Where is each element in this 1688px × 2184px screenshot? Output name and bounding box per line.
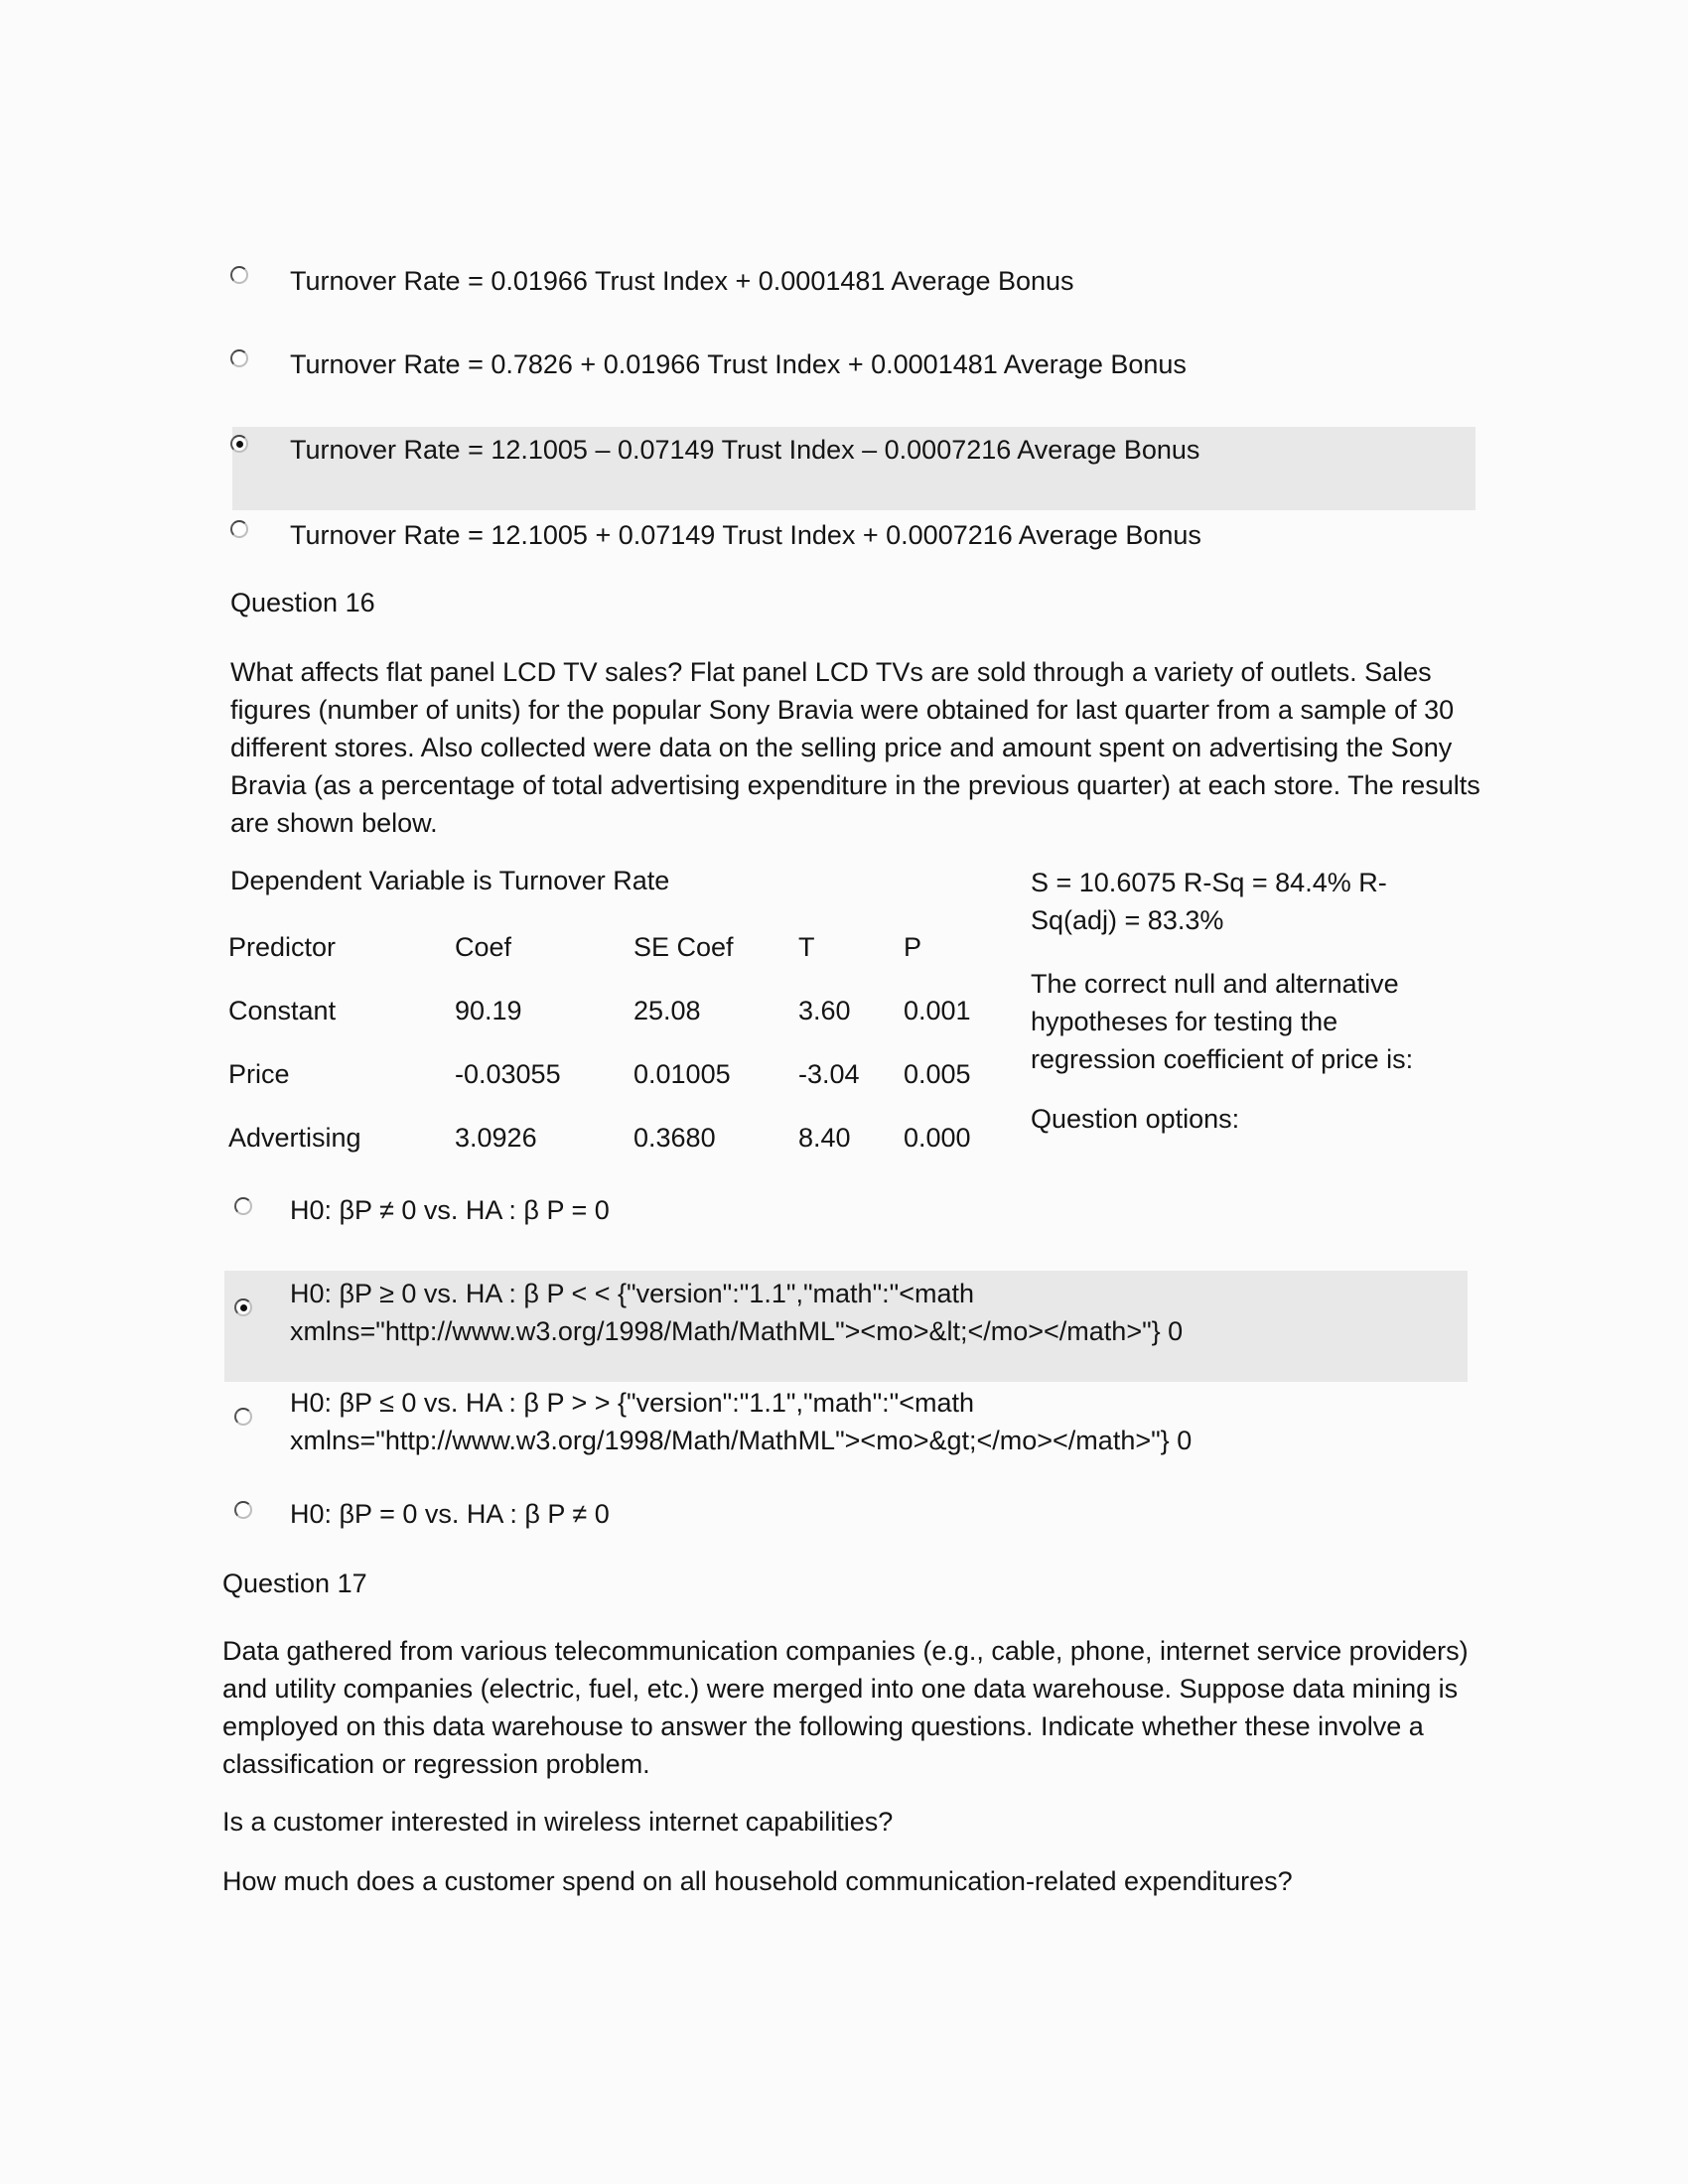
option-label: Turnover Rate = 0.01966 Trust Index + 0.… <box>290 262 1074 300</box>
q16-option-3[interactable]: H0: βP ≤ 0 vs. HA : β P > > {"version":"… <box>234 1384 1283 1459</box>
radio-button[interactable] <box>234 1501 252 1519</box>
cell-coef: 90.19 <box>455 979 633 1042</box>
table-row: Advertising 3.0926 0.3680 8.40 0.000 <box>228 1106 1023 1169</box>
q15-option-4[interactable]: Turnover Rate = 12.1005 + 0.07149 Trust … <box>230 516 1201 554</box>
regression-stats: S = 10.6075 R-Sq = 84.4% R-Sq(adj) = 83.… <box>1031 864 1468 939</box>
cell-p: 0.005 <box>904 1042 1023 1106</box>
table-row: Price -0.03055 0.01005 -3.04 0.005 <box>228 1042 1023 1106</box>
radio-button-selected[interactable] <box>234 1298 252 1316</box>
radio-button[interactable] <box>230 266 248 284</box>
option-label: Turnover Rate = 12.1005 – 0.07149 Trust … <box>290 431 1199 469</box>
radio-button[interactable] <box>234 1408 252 1426</box>
option-label: Turnover Rate = 0.7826 + 0.01966 Trust I… <box>290 345 1187 383</box>
cell-p: 0.000 <box>904 1106 1023 1169</box>
q15-option-2[interactable]: Turnover Rate = 0.7826 + 0.01966 Trust I… <box>230 345 1187 383</box>
q15-option-3[interactable]: Turnover Rate = 12.1005 – 0.07149 Trust … <box>230 431 1199 469</box>
table-header-row: Predictor Coef SE Coef T P <box>228 915 1023 979</box>
regression-table: Predictor Coef SE Coef T P Constant 90.1… <box>228 915 1023 1169</box>
question-16-prompt: What affects flat panel LCD TV sales? Fl… <box>230 653 1511 842</box>
option-label: Turnover Rate = 12.1005 + 0.07149 Trust … <box>290 516 1201 554</box>
q16-option-4[interactable]: H0: βP = 0 vs. HA : β P ≠ 0 <box>234 1495 1283 1533</box>
option-label: H0: βP ≤ 0 vs. HA : β P > > {"version":"… <box>290 1384 1283 1459</box>
question-17-title: Question 17 <box>222 1569 367 1599</box>
cell-predictor: Advertising <box>228 1106 455 1169</box>
cell-t: 8.40 <box>798 1106 904 1169</box>
question-17-item-1: Is a customer interested in wireless int… <box>222 1807 893 1838</box>
q15-option-1[interactable]: Turnover Rate = 0.01966 Trust Index + 0.… <box>230 262 1074 300</box>
question-17-item-2: How much does a customer spend on all ho… <box>222 1866 1293 1897</box>
header-predictor: Predictor <box>228 915 455 979</box>
header-se-coef: SE Coef <box>633 915 798 979</box>
q16-option-1[interactable]: H0: βP ≠ 0 vs. HA : β P = 0 <box>234 1191 1283 1229</box>
radio-button[interactable] <box>234 1197 252 1215</box>
radio-button[interactable] <box>230 349 248 367</box>
option-label: H0: βP ≥ 0 vs. HA : β P < < {"version":"… <box>290 1275 1283 1350</box>
header-coef: Coef <box>455 915 633 979</box>
cell-p: 0.001 <box>904 979 1023 1042</box>
option-label: H0: βP ≠ 0 vs. HA : β P = 0 <box>290 1191 1283 1229</box>
cell-predictor: Price <box>228 1042 455 1106</box>
q16-option-2[interactable]: H0: βP ≥ 0 vs. HA : β P < < {"version":"… <box>234 1275 1283 1350</box>
question-16-question: The correct null and alternative hypothe… <box>1031 965 1468 1078</box>
question-options-label: Question options: <box>1031 1100 1468 1138</box>
option-label: H0: βP = 0 vs. HA : β P ≠ 0 <box>290 1495 1283 1533</box>
cell-se-coef: 25.08 <box>633 979 798 1042</box>
header-p: P <box>904 915 1023 979</box>
radio-button-selected[interactable] <box>230 435 248 453</box>
cell-se-coef: 0.01005 <box>633 1042 798 1106</box>
question-17-prompt: Data gathered from various telecommunica… <box>222 1632 1503 1783</box>
cell-se-coef: 0.3680 <box>633 1106 798 1169</box>
regression-caption: Dependent Variable is Turnover Rate <box>230 866 669 896</box>
cell-coef: -0.03055 <box>455 1042 633 1106</box>
question-16-title: Question 16 <box>230 588 375 618</box>
cell-t: 3.60 <box>798 979 904 1042</box>
table-row: Constant 90.19 25.08 3.60 0.001 <box>228 979 1023 1042</box>
cell-predictor: Constant <box>228 979 455 1042</box>
cell-t: -3.04 <box>798 1042 904 1106</box>
cell-coef: 3.0926 <box>455 1106 633 1169</box>
header-t: T <box>798 915 904 979</box>
radio-button[interactable] <box>230 520 248 538</box>
